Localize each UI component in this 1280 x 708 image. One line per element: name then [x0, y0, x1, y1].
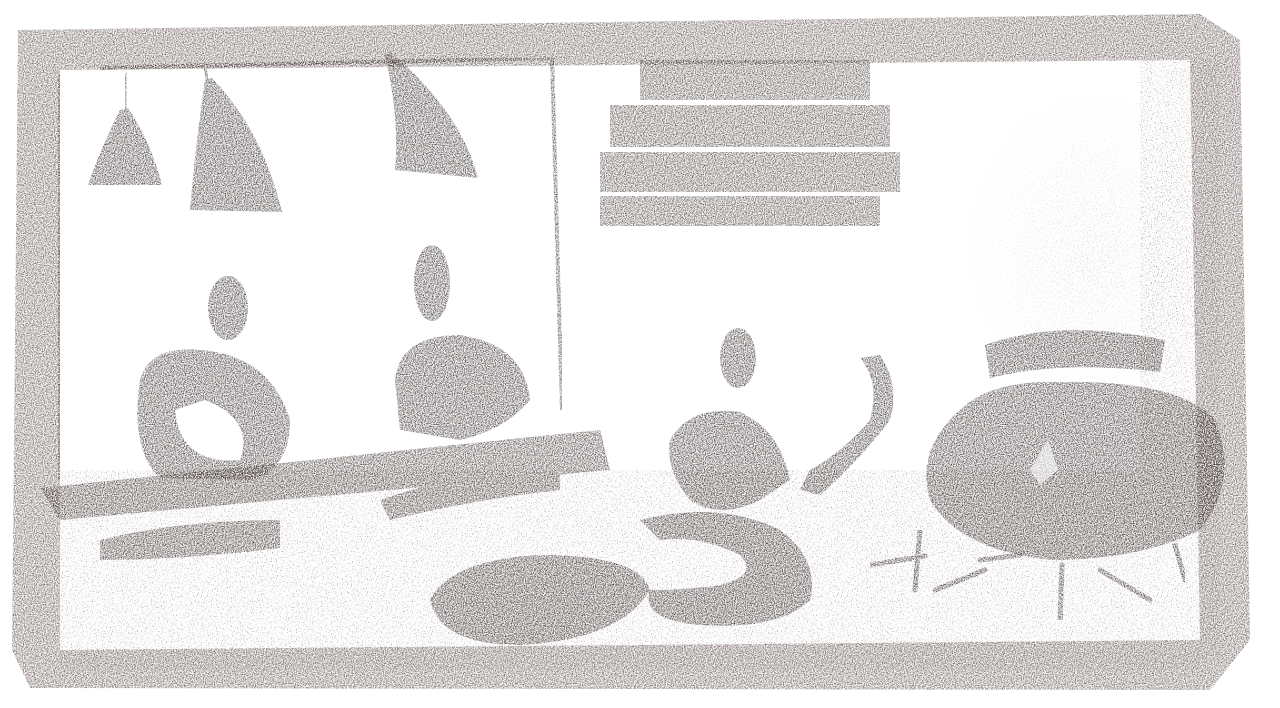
brick-wall — [600, 60, 900, 226]
rubbing-scene — [0, 0, 1280, 708]
